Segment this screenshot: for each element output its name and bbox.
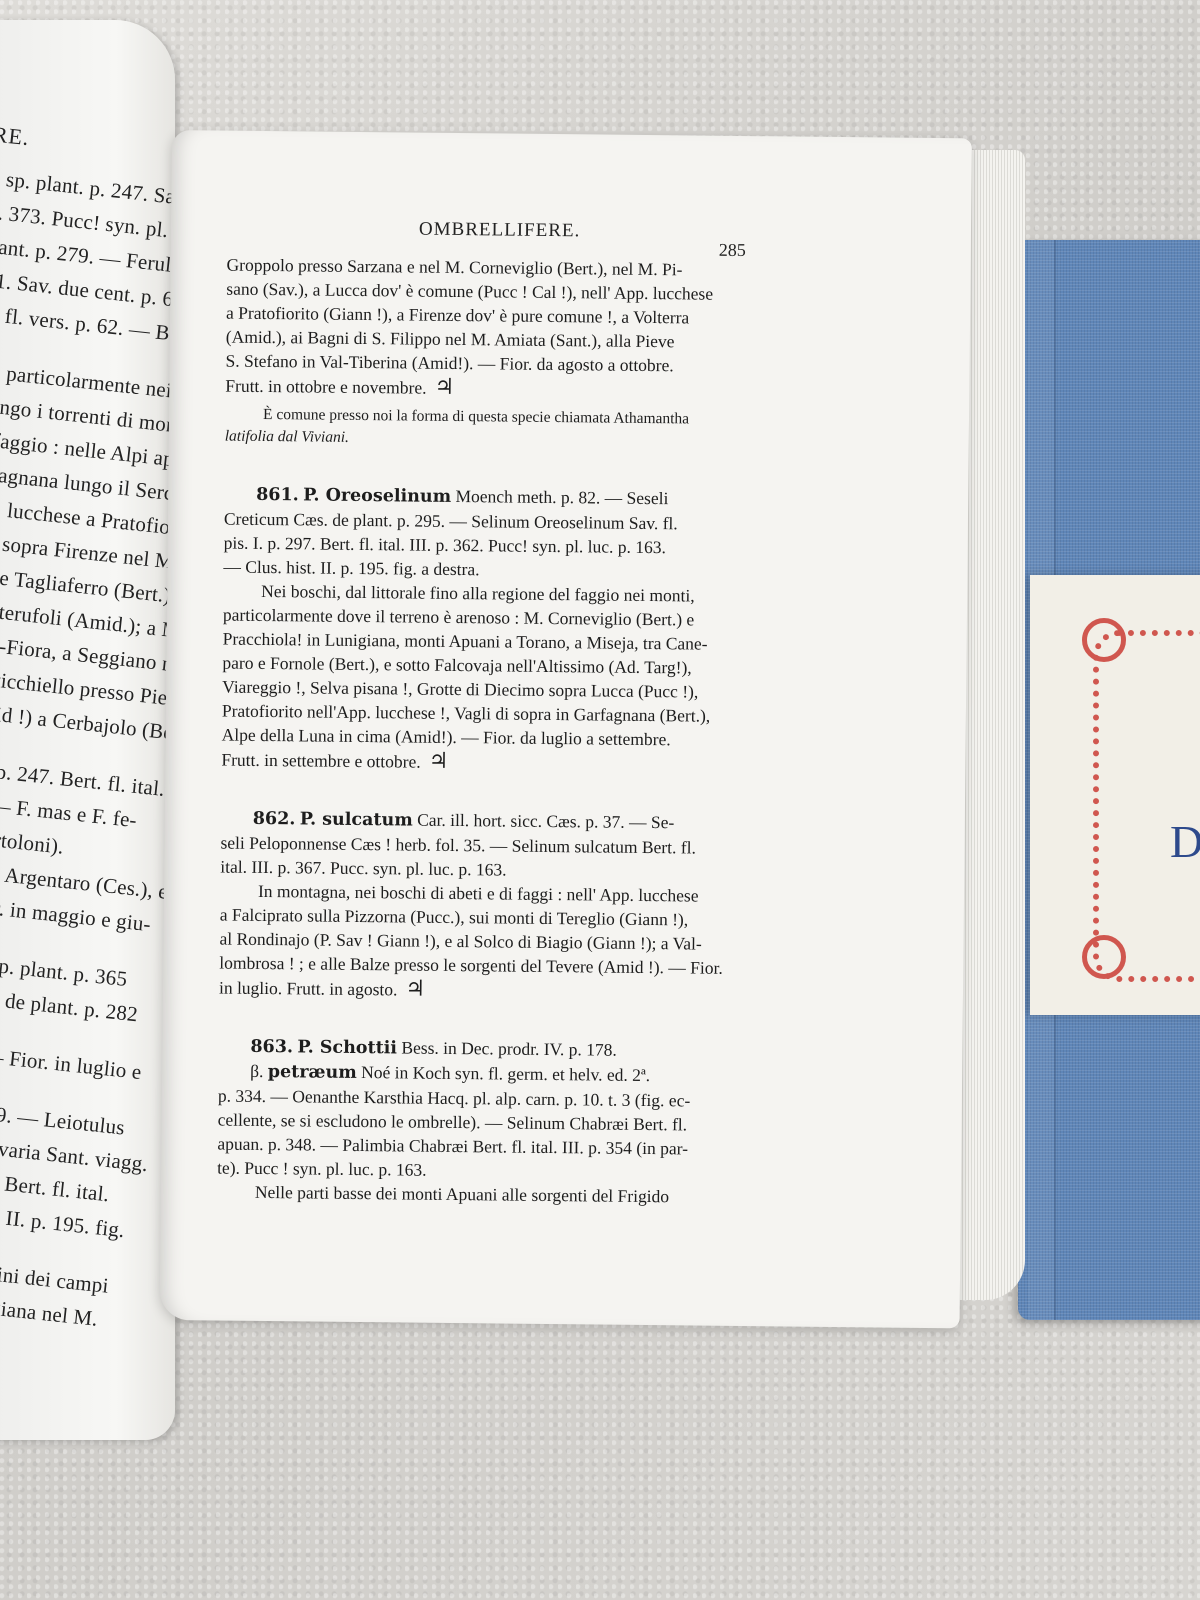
habitat-paragraph: Nei boschi, dal littorale fino alla regi… <box>221 579 743 777</box>
species-entry-863: 863. P. Schottii Bess. in Dec. prodr. IV… <box>217 1034 739 1209</box>
species-name: P. Schottii <box>297 1037 397 1058</box>
entry-number: 862. <box>253 809 296 829</box>
left-page-line: inale Linn. sp. plant. p. 365 <box>0 942 152 994</box>
left-page-text: ERE.nn. sp. plant. p. 247. Sant. viagg.l… <box>0 120 175 1343</box>
left-page-line: opeti e sui margini dei campi <box>0 1248 120 1300</box>
ornament-scroll-icon <box>1082 935 1126 979</box>
ornament-scroll-icon <box>1082 618 1126 662</box>
habitat-paragraph: In montagna, nei boschi di abeti e di fa… <box>219 879 740 1005</box>
perennial-symbol-icon: ♃ <box>434 374 454 399</box>
variety-name: petræum <box>268 1062 357 1083</box>
species-name: P. sulcatum <box>300 809 413 830</box>
perennial-symbol-icon: ♃ <box>405 975 425 1000</box>
perennial-symbol-icon: ♃ <box>429 748 449 773</box>
species-entry-862: 862. P. sulcatum Car. ill. hort. sicc. C… <box>219 806 741 1005</box>
left-page: ERE.nn. sp. plant. p. 247. Sant. viagg.l… <box>0 20 175 1440</box>
left-page-line: . pl. pyr. p. 149. — Leiotulus <box>0 1090 137 1142</box>
page-body: Groppolo presso Sarzana e nel M. Cornevi… <box>217 253 747 1209</box>
left-page-line: sso (Bert.). — Fior. in luglio e <box>0 1033 143 1085</box>
right-page: OMBRELLIFERE. 285 Groppolo presso Sarzan… <box>160 130 972 1328</box>
left-running-head: ERE. <box>0 120 175 173</box>
species-entry-861: 861. P. Oreoselinum Moench meth. p. 82. … <box>221 482 744 777</box>
continuation-paragraph: Groppolo presso Sarzana e nel M. Cornevi… <box>225 253 746 403</box>
left-page-line: sp. plant. p. 247. Bert. fl. ital. <box>0 751 172 803</box>
running-head: OMBRELLIFERE. <box>419 219 581 243</box>
note-paragraph: È comune presso noi la forma di questa s… <box>225 404 745 453</box>
entry-number: 861. <box>256 485 299 505</box>
variety-label: β. <box>250 1061 263 1081</box>
red-ornamental-frame <box>1093 630 1200 982</box>
habitat-paragraph: Nelle parti basse dei monti Apuani alle … <box>217 1180 737 1209</box>
species-name: P. Oreoselinum <box>303 485 451 507</box>
entry-number: 863. <box>250 1037 293 1057</box>
band-title-letter: D <box>1170 815 1200 868</box>
